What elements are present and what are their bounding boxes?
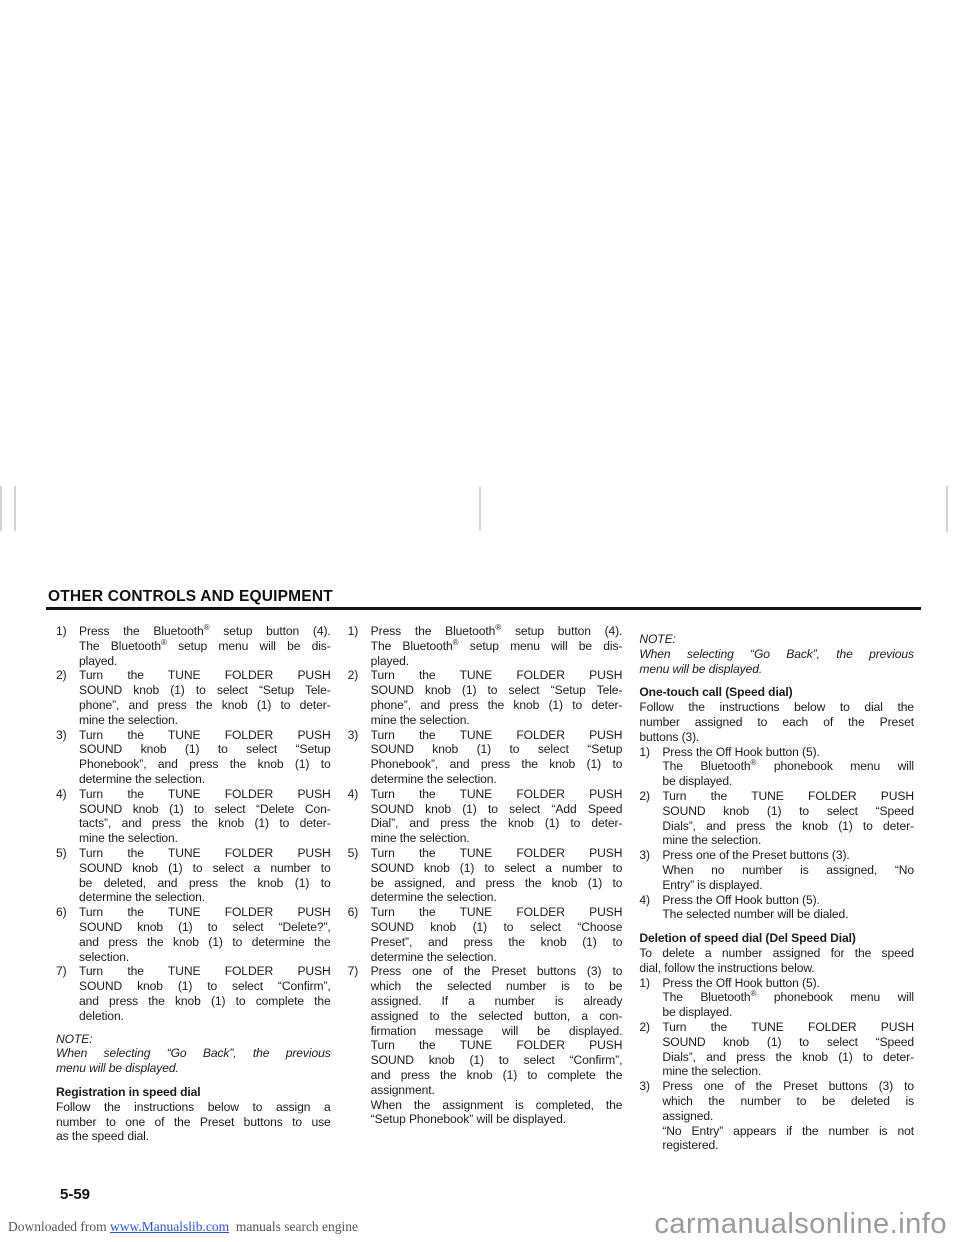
column-2: 1)Press the Bluetooth® setup button (4).… (348, 624, 623, 1153)
text-line: Turn the TUNE FOLDER PUSH (371, 1038, 623, 1053)
list-item: 3)Press one of the Preset buttons (3) to… (639, 1079, 914, 1153)
text-line: tacts”, and press the knob (1) to deter- (79, 816, 331, 831)
list-item: 1)Press the Bluetooth® setup button (4).… (56, 624, 331, 668)
item-number: 6) (56, 905, 79, 964)
text-line: and press the knob (1) to complete the (371, 1068, 623, 1083)
text-line: Turn the TUNE FOLDER PUSH (79, 728, 331, 743)
text-line: Dial”, and press the knob (1) to deter- (371, 816, 623, 831)
text-line: Turn the TUNE FOLDER PUSH (371, 668, 623, 683)
text-line: determine the selection. (79, 772, 331, 787)
text-line: Turn the TUNE FOLDER PUSH (371, 787, 623, 802)
item-text: Turn the TUNE FOLDER PUSHSOUND knob (1) … (371, 905, 623, 964)
text-line: and press the knob (1) to determine the (79, 935, 331, 950)
text-line: Phonebook”, and press the knob (1) to (79, 757, 331, 772)
item-number: 1) (348, 624, 371, 668)
text-line: Turn the TUNE FOLDER PUSH (371, 905, 623, 920)
text-line: be assigned, and press the knob (1) to (371, 876, 623, 891)
item-number: 2) (56, 668, 79, 727)
text-line: Turn the TUNE FOLDER PUSH (662, 789, 914, 804)
text-line: assigned. (662, 1109, 914, 1124)
item-number: 5) (56, 846, 79, 905)
subheading: Registration in speed dial (56, 1085, 331, 1100)
crop-mark (479, 487, 481, 531)
text-line: assignment. (371, 1083, 623, 1098)
text-line: Follow the instructions below to assign … (56, 1100, 331, 1115)
item-number: 2) (639, 789, 662, 848)
text-line: Entry” is displayed. (662, 878, 914, 893)
text-line: When selecting “Go Back”, the previous (639, 647, 914, 662)
paragraph: Follow the instructions below to assign … (56, 1100, 331, 1144)
item-number: 4) (348, 787, 371, 846)
text-line: The selected number will be dialed. (662, 907, 914, 922)
text-line: SOUND knob (1) to select “Setup Tele- (79, 683, 331, 698)
text-line: as the speed dial. (56, 1129, 331, 1144)
item-number: 3) (56, 728, 79, 787)
registered-trademark-symbol: ® (751, 758, 757, 767)
text-line: buttons (3). (639, 730, 914, 745)
text-line: Turn the TUNE FOLDER PUSH (662, 1020, 914, 1035)
text-line: menu will be displayed. (56, 1061, 331, 1076)
text-line: Turn the TUNE FOLDER PUSH (79, 964, 331, 979)
text-line: “Setup Phonebook” will be displayed. (371, 1112, 623, 1127)
list-item: 5)Turn the TUNE FOLDER PUSHSOUND knob (1… (348, 846, 623, 905)
text-line: mine the selection. (371, 831, 623, 846)
text-line: Press one of the Preset buttons (3) to (662, 1079, 914, 1094)
text-line: Press the Bluetooth® setup button (4). (371, 624, 623, 639)
text-line: Press the Off Hook button (5). (662, 745, 914, 760)
text-line: Dials”, and press the knob (1) to deter- (662, 819, 914, 834)
item-number: 7) (348, 964, 371, 1127)
text-line: When selecting “Go Back”, the previous (56, 1046, 331, 1061)
list-item: 2)Turn the TUNE FOLDER PUSHSOUND knob (1… (348, 668, 623, 727)
text-line: When the assignment is completed, the (371, 1098, 623, 1113)
item-number: 2) (639, 1020, 662, 1079)
item-text: Turn the TUNE FOLDER PUSHSOUND knob (1) … (662, 1020, 914, 1079)
crop-mark (946, 486, 948, 532)
text-line: be displayed. (662, 774, 914, 789)
text-line: SOUND knob (1) to select a number to (79, 861, 331, 876)
note: NOTE:When selecting “Go Back”, the previ… (639, 632, 914, 676)
item-text: Turn the TUNE FOLDER PUSHSOUND knob (1) … (371, 787, 623, 846)
item-text: Turn the TUNE FOLDER PUSHSOUND knob (1) … (662, 789, 914, 848)
text-line: number to one of the Preset buttons to u… (56, 1115, 331, 1130)
downloaded-prefix: Downloaded from (8, 1219, 107, 1234)
crop-mark (0, 486, 2, 531)
item-text: Turn the TUNE FOLDER PUSHSOUND knob (1) … (79, 728, 331, 787)
text-line: determine the selection. (371, 890, 623, 905)
list-item: 4)Press the Off Hook button (5).The sele… (639, 893, 914, 923)
downloaded-suffix: manuals search engine (236, 1219, 358, 1234)
text-line: assigned. If a number is already (371, 994, 623, 1009)
registered-trademark-symbol: ® (751, 989, 757, 998)
list-item: 6)Turn the TUNE FOLDER PUSHSOUND knob (1… (56, 905, 331, 964)
column-1: 1)Press the Bluetooth® setup button (4).… (56, 624, 331, 1153)
text-line: mine the selection. (371, 713, 623, 728)
item-number: 3) (639, 1079, 662, 1153)
list-item: 1)Press the Off Hook button (5).The Blue… (639, 745, 914, 789)
list-item: 5)Turn the TUNE FOLDER PUSHSOUND knob (1… (56, 846, 331, 905)
item-text: Turn the TUNE FOLDER PUSHSOUND knob (1) … (371, 728, 623, 787)
text-line: be deleted, and press the knob (1) to (79, 876, 331, 891)
footer-downloaded: Downloaded from www.Manualslib.com manua… (8, 1219, 358, 1235)
text-line: The Bluetooth® phonebook menu will (662, 759, 914, 774)
text-line: SOUND knob (1) to select “Setup Tele- (371, 683, 623, 698)
text-line: The Bluetooth® phonebook menu will (662, 990, 914, 1005)
registered-trademark-symbol: ® (453, 638, 459, 647)
list-item: 2)Turn the TUNE FOLDER PUSHSOUND knob (1… (639, 1020, 914, 1079)
crop-mark (14, 486, 16, 531)
item-text: Press the Off Hook button (5).The Blueto… (662, 745, 914, 789)
text-line: Press the Off Hook button (5). (662, 893, 914, 908)
item-number: 1) (639, 745, 662, 789)
list-item: 3)Turn the TUNE FOLDER PUSHSOUND knob (1… (348, 728, 623, 787)
text-line: SOUND knob (1) to select “Confirm”, (79, 979, 331, 994)
text-line: mine the selection. (662, 1064, 914, 1079)
list-item: 6)Turn the TUNE FOLDER PUSHSOUND knob (1… (348, 905, 623, 964)
text-line: phone”, and press the knob (1) to deter- (79, 698, 331, 713)
text-line: Press the Off Hook button (5). (662, 976, 914, 991)
item-text: Turn the TUNE FOLDER PUSHSOUND knob (1) … (79, 964, 331, 1023)
text-line: SOUND knob (1) to select “Setup (79, 742, 331, 757)
note: NOTE:When selecting “Go Back”, the previ… (56, 1032, 331, 1076)
registered-trademark-symbol: ® (495, 623, 501, 632)
manualslib-link[interactable]: www.Manualslib.com (110, 1219, 229, 1234)
text-line: SOUND knob (1) to select “Confirm”, (371, 1053, 623, 1068)
text-line: Follow the instructions below to dial th… (639, 700, 914, 715)
section-title: OTHER CONTROLS AND EQUIPMENT (48, 588, 333, 606)
text-line: assigned to the selected button, a con- (371, 1009, 623, 1024)
subheading: Deletion of speed dial (Del Speed Dial) (639, 931, 914, 946)
text-line: Turn the TUNE FOLDER PUSH (79, 668, 331, 683)
text-line: determine the selection. (371, 772, 623, 787)
text-line: selection. (79, 950, 331, 965)
list-item: 7)Turn the TUNE FOLDER PUSHSOUND knob (1… (56, 964, 331, 1023)
text-line: “No Entry” appears if the number is not (662, 1124, 914, 1139)
item-text: Press one of the Preset buttons (3) towh… (662, 1079, 914, 1153)
registered-trademark-symbol: ® (204, 623, 210, 632)
text-line: SOUND knob (1) to select a number to (371, 861, 623, 876)
text-line: SOUND knob (1) to select “Speed (662, 804, 914, 819)
text-line: Turn the TUNE FOLDER PUSH (79, 846, 331, 861)
item-number: 1) (56, 624, 79, 668)
text-line: Turn the TUNE FOLDER PUSH (371, 728, 623, 743)
item-text: Press one of the Preset buttons (3).When… (662, 848, 914, 892)
text-line: determine the selection. (371, 950, 623, 965)
text-line: Press one of the Preset buttons (3) to (371, 964, 623, 979)
list-item: 7)Press one of the Preset buttons (3) to… (348, 964, 623, 1127)
text-line: SOUND knob (1) to select “Speed (662, 1035, 914, 1050)
column-3: NOTE:When selecting “Go Back”, the previ… (639, 624, 914, 1153)
subheading: One-touch call (Speed dial) (639, 685, 914, 700)
columns: 1)Press the Bluetooth® setup button (4).… (56, 624, 914, 1153)
text-line: played. (371, 654, 623, 669)
page-number: 5-59 (60, 1186, 90, 1203)
text-line: determine the selection. (79, 890, 331, 905)
list-item: 2)Turn the TUNE FOLDER PUSHSOUND knob (1… (56, 668, 331, 727)
text-line: mine the selection. (79, 713, 331, 728)
text-line: Turn the TUNE FOLDER PUSH (371, 846, 623, 861)
list-item: 3)Turn the TUNE FOLDER PUSHSOUND knob (1… (56, 728, 331, 787)
text-line: firmation message will be displayed. (371, 1024, 623, 1039)
item-number: 2) (348, 668, 371, 727)
text-line: SOUND knob (1) to select “Choose (371, 920, 623, 935)
text-line: SOUND knob (1) to select “Delete?”, (79, 920, 331, 935)
item-number: 7) (56, 964, 79, 1023)
item-text: Press the Bluetooth® setup button (4).Th… (79, 624, 331, 668)
text-line: The Bluetooth® setup menu will be dis- (79, 639, 331, 654)
item-number: 4) (639, 893, 662, 923)
text-line: SOUND knob (1) to select “Setup (371, 742, 623, 757)
item-text: Press the Off Hook button (5).The Blueto… (662, 976, 914, 1020)
list-item: 3)Press one of the Preset buttons (3).Wh… (639, 848, 914, 892)
text-line: which the number to be deleted is (662, 1094, 914, 1109)
text-line: NOTE: (639, 632, 914, 647)
text-line: menu will be displayed. (639, 662, 914, 677)
item-text: Press the Off Hook button (5).The select… (662, 893, 914, 923)
item-number: 5) (348, 846, 371, 905)
text-line: played. (79, 654, 331, 669)
item-text: Press the Bluetooth® setup button (4).Th… (371, 624, 623, 668)
section-rule (46, 607, 921, 610)
item-number: 6) (348, 905, 371, 964)
text-line: The Bluetooth® setup menu will be dis- (371, 639, 623, 654)
list-item: 1)Press the Off Hook button (5).The Blue… (639, 976, 914, 1020)
text-line: Phonebook”, and press the knob (1) to (371, 757, 623, 772)
list-item: 4)Turn the TUNE FOLDER PUSHSOUND knob (1… (56, 787, 331, 846)
text-line: SOUND knob (1) to select “Delete Con- (79, 802, 331, 817)
item-number: 3) (639, 848, 662, 892)
list-item: 4)Turn the TUNE FOLDER PUSHSOUND knob (1… (348, 787, 623, 846)
item-text: Turn the TUNE FOLDER PUSHSOUND knob (1) … (371, 668, 623, 727)
registered-trademark-symbol: ® (161, 638, 167, 647)
text-line: Turn the TUNE FOLDER PUSH (79, 905, 331, 920)
text-line: dial, follow the instructions below. (639, 961, 914, 976)
item-text: Turn the TUNE FOLDER PUSHSOUND knob (1) … (79, 668, 331, 727)
text-line: mine the selection. (79, 831, 331, 846)
item-number: 4) (56, 787, 79, 846)
paragraph: Follow the instructions below to dial th… (639, 700, 914, 744)
text-line: number assigned to each of the Preset (639, 715, 914, 730)
text-line: phone”, and press the knob (1) to deter- (371, 698, 623, 713)
text-line: registered. (662, 1138, 914, 1153)
text-line: Press one of the Preset buttons (3). (662, 848, 914, 863)
text-line: To delete a number assigned for the spee… (639, 946, 914, 961)
item-text: Turn the TUNE FOLDER PUSHSOUND knob (1) … (79, 787, 331, 846)
list-item: 2)Turn the TUNE FOLDER PUSHSOUND knob (1… (639, 789, 914, 848)
text-line: and press the knob (1) to complete the (79, 994, 331, 1009)
text-line: Dials”, and press the knob (1) to deter- (662, 1050, 914, 1065)
text-line: NOTE: (56, 1032, 331, 1047)
text-line: mine the selection. (662, 833, 914, 848)
text-line: SOUND knob (1) to select “Add Speed (371, 802, 623, 817)
text-line: deletion. (79, 1009, 331, 1024)
item-text: Turn the TUNE FOLDER PUSHSOUND knob (1) … (79, 905, 331, 964)
text-line: Turn the TUNE FOLDER PUSH (79, 787, 331, 802)
text-line: When no number is assigned, “No (662, 863, 914, 878)
item-text: Turn the TUNE FOLDER PUSHSOUND knob (1) … (79, 846, 331, 905)
text-line: Preset”, and press the knob (1) to (371, 935, 623, 950)
list-item: 1)Press the Bluetooth® setup button (4).… (348, 624, 623, 668)
item-number: 3) (348, 728, 371, 787)
item-text: Turn the TUNE FOLDER PUSHSOUND knob (1) … (371, 846, 623, 905)
watermark: carmanualsonline.info (654, 1208, 947, 1241)
text-line: Press the Bluetooth® setup button (4). (79, 624, 331, 639)
item-text: Press one of the Preset buttons (3) towh… (371, 964, 623, 1127)
text-line: which the selected number is to be (371, 979, 623, 994)
text-line: be displayed. (662, 1005, 914, 1020)
item-number: 1) (639, 976, 662, 1020)
paragraph: To delete a number assigned for the spee… (639, 946, 914, 976)
